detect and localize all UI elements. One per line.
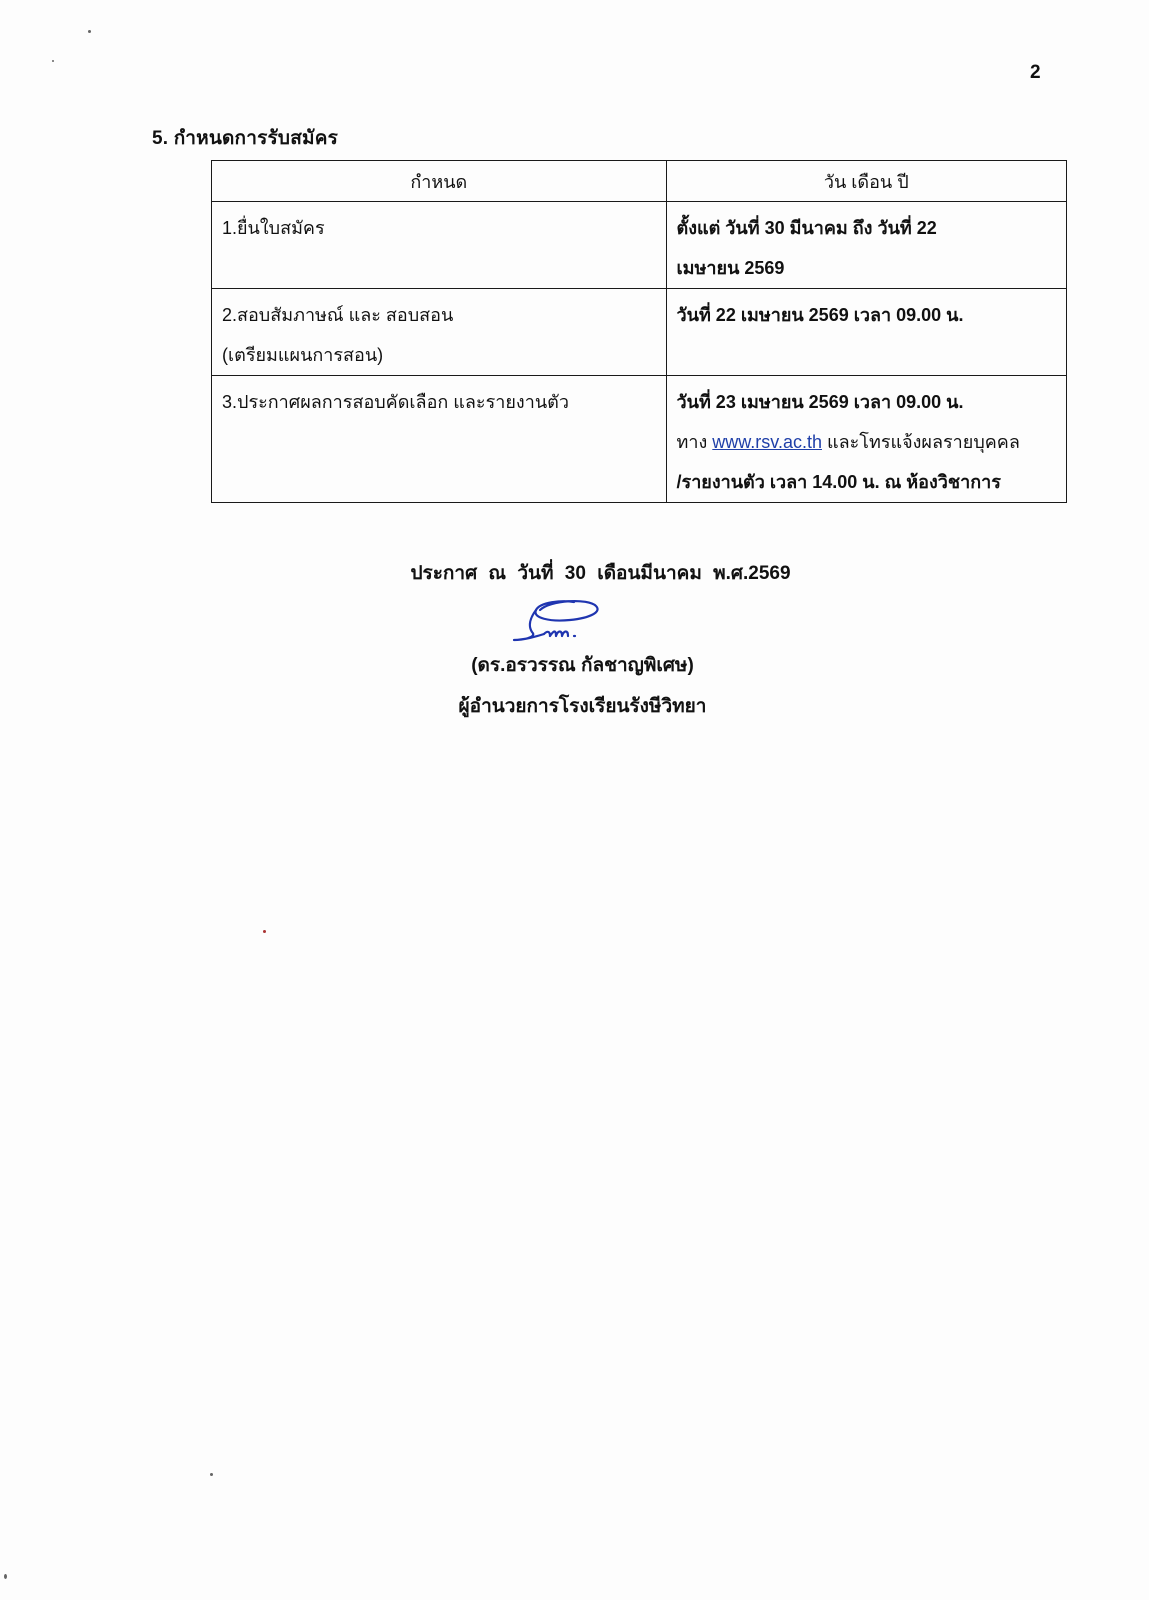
schedule-report-text: /รายงานตัว เวลา 14.00 น. ณ ห้องวิชาการ (677, 462, 1062, 502)
schedule-item-text: 1.ยื่นใบสมัคร (222, 208, 656, 248)
schedule-item-cell: 1.ยื่นใบสมัคร (212, 202, 667, 289)
schedule-item-subtext: (เตรียมแผนการสอน) (222, 335, 656, 375)
schedule-item-cell: 3.ประกาศผลการสอบคัดเลือก และรายงานตัว (212, 376, 667, 503)
schedule-date-cell: วันที่ 22 เมษายน 2569 เวลา 09.00 น. (666, 289, 1066, 376)
header-date: วัน เดือน ปี (666, 161, 1066, 202)
channel-suffix: และโทรแจ้งผลรายบุคคล (822, 432, 1020, 452)
announcement-date: ประกาศ ณ วันที่ 30 เดือนมีนาคม พ.ศ.2569 (26, 558, 1149, 588)
schedule-date-text: ตั้งแต่ วันที่ 30 มีนาคม ถึง วันที่ 22 (677, 208, 1062, 248)
schedule-item-text: 2.สอบสัมภาษณ์ และ สอบสอน (222, 295, 656, 335)
page-number: 2 (1030, 62, 1041, 84)
table-header-row: กำหนด วัน เดือน ปี (212, 161, 1067, 202)
signer-position: ผู้อำนวยการโรงเรียนรังษีวิทยา (8, 691, 1149, 721)
scan-speck (52, 60, 54, 62)
document-page: 2 5. กำหนดการรับสมัคร กำหนด วัน เดือน ปี… (0, 0, 1149, 1600)
schedule-item-text: 3.ประกาศผลการสอบคัดเลือก และรายงานตัว (222, 382, 656, 422)
schedule-date-cell: วันที่ 23 เมษายน 2569 เวลา 09.00 น. ทาง … (666, 376, 1066, 503)
school-website-link[interactable]: www.rsv.ac.th (712, 432, 822, 452)
table-row: 3.ประกาศผลการสอบคัดเลือก และรายงานตัว วั… (212, 376, 1067, 503)
scan-speck (210, 1473, 213, 1476)
scan-speck (4, 1574, 7, 1579)
schedule-date-text: เมษายน 2569 (677, 248, 1062, 288)
schedule-item-cell: 2.สอบสัมภาษณ์ และ สอบสอน (เตรียมแผนการสอ… (212, 289, 667, 376)
signature-icon (510, 596, 610, 646)
table-row: 2.สอบสัมภาษณ์ และ สอบสอน (เตรียมแผนการสอ… (212, 289, 1067, 376)
application-schedule-table: กำหนด วัน เดือน ปี 1.ยื่นใบสมัคร ตั้งแต่… (211, 160, 1067, 503)
schedule-date-channel: ทาง www.rsv.ac.th และโทรแจ้งผลรายบุคคล (677, 422, 1062, 462)
schedule-date-text: วันที่ 23 เมษายน 2569 เวลา 09.00 น. (677, 382, 1062, 422)
channel-prefix: ทาง (677, 432, 713, 452)
schedule-date-text: วันที่ 22 เมษายน 2569 เวลา 09.00 น. (677, 295, 1062, 335)
table-row: 1.ยื่นใบสมัคร ตั้งแต่ วันที่ 30 มีนาคม ถ… (212, 202, 1067, 289)
header-schedule: กำหนด (212, 161, 667, 202)
scan-speck (263, 930, 266, 933)
schedule-date-cell: ตั้งแต่ วันที่ 30 มีนาคม ถึง วันที่ 22 เ… (666, 202, 1066, 289)
scan-speck (88, 30, 91, 33)
section-heading: 5. กำหนดการรับสมัคร (152, 123, 338, 153)
signer-name: (ดร.อรวรรณ กัลชาญพิเศษ) (8, 650, 1149, 680)
